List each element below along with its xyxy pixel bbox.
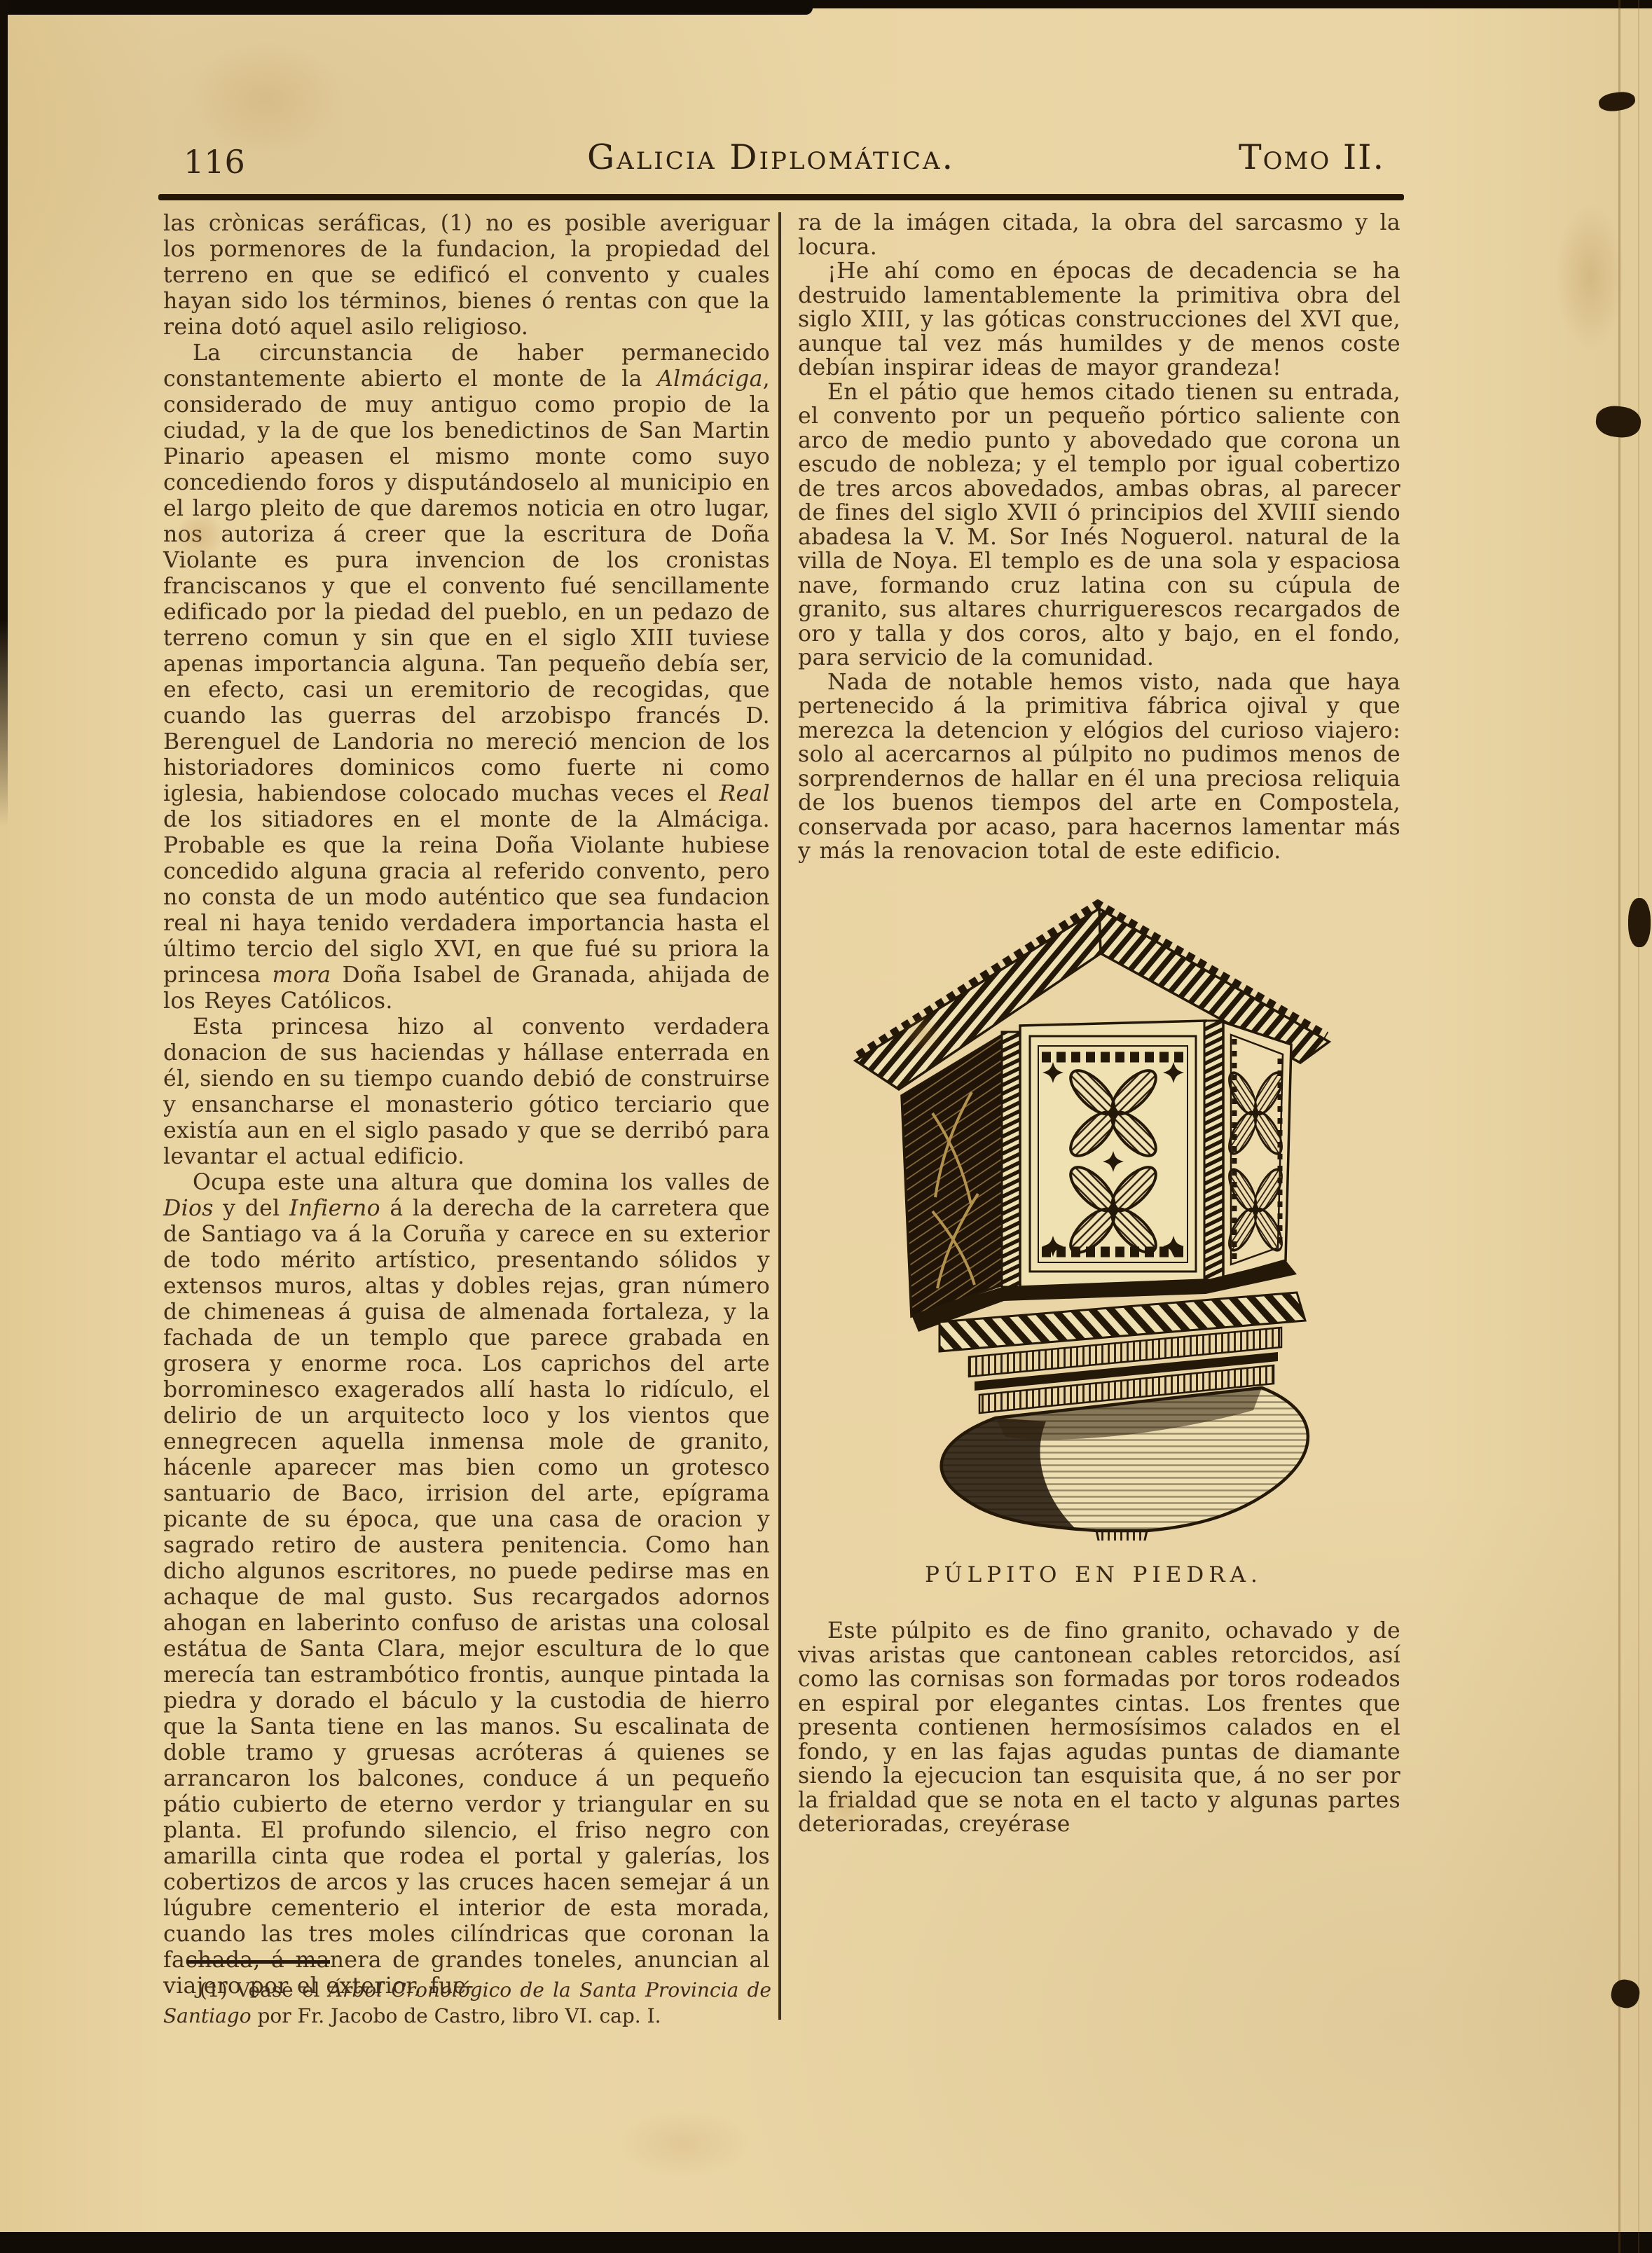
binding-mark [1595,404,1642,439]
left-column: las crònicas seráficas, (1) no es posibl… [163,211,770,1999]
binding-crease [1618,0,1620,2253]
binding-mark [1597,90,1636,113]
right-column: ra de la imágen citada, la obra del sarc… [798,211,1400,1837]
figure-caption: PÚLPITO EN PIEDRA. [834,1563,1353,1587]
footnote: (1) Véase el Árbol Cronológico de la San… [163,1977,771,2029]
header-rule [158,194,1404,200]
scan-edge-bottom [0,2232,1652,2253]
paper-stain [189,42,343,154]
scan-edge-left [0,0,8,827]
scan-edge-top-left [0,0,813,15]
footnote-rule [186,1960,330,1964]
binding-mark [1628,898,1651,947]
paragraph: En el pátio que hemos citado tienen su e… [798,380,1400,670]
paragraph: ra de la imágen citada, la obra del sarc… [798,211,1400,259]
pulpit-engraving [834,882,1353,1541]
paragraph: Esta princesa hizo al convento verdadera… [163,1014,770,1170]
paragraph: Nada de notable hemos visto, nada que ha… [798,670,1400,864]
paper-stain [617,2109,750,2179]
paragraph: ¡He ahí como en épocas de decadencia se … [798,259,1400,380]
pulpit-figure: PÚLPITO EN PIEDRA. [834,882,1353,1587]
binding-mark [1609,1977,1641,2010]
paper-stain [1555,203,1625,350]
paragraph: La circunstancia de haber permanecido co… [163,340,770,1014]
column-divider [778,212,781,2020]
paragraph: Ocupa este una altura que domina los val… [163,1170,770,1999]
page-number: 116 [184,143,245,181]
volume-label: Tomo II. [1239,137,1385,177]
scan-edge-top [0,0,1652,8]
paragraph: las crònicas seráficas, (1) no es posibl… [163,211,770,340]
scanned-page: 116 Galicia Diplomática. Tomo II. las cr… [0,0,1652,2253]
binding-crease [1638,0,1639,2253]
paragraph: Este púlpito es de fino granito, ochavad… [798,1619,1400,1837]
journal-title: Galicia Diplomática. [587,137,955,177]
